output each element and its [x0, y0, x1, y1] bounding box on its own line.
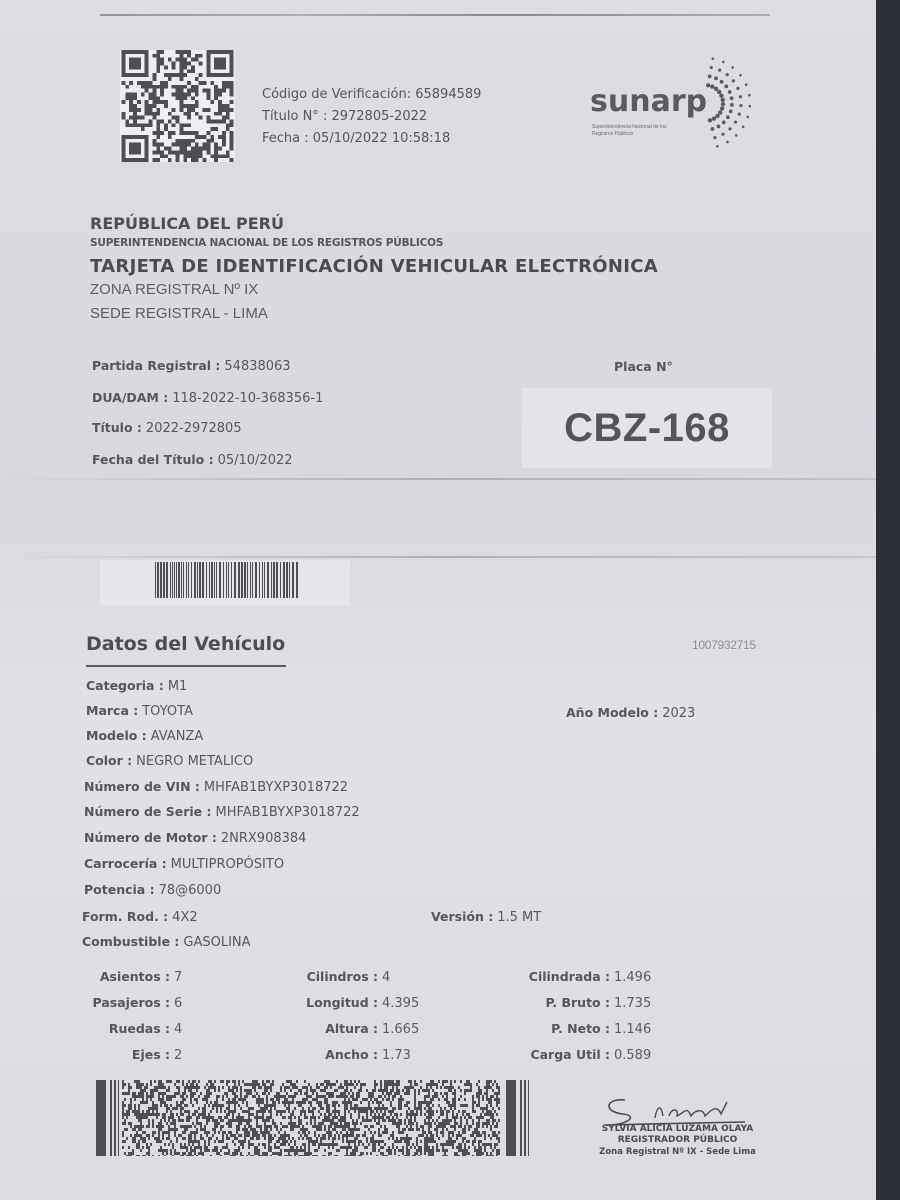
issue-date: Fecha : 05/10/2022 10:58:18	[262, 128, 481, 150]
spec-field: Cilindros :4	[238, 969, 390, 985]
registrar-name: SYLVIA ALICIA LUZAMA OLAYA	[585, 1124, 770, 1134]
vehicle-field: Modelo :AVANZA	[86, 728, 203, 744]
pdf417-barcode-icon	[96, 1080, 534, 1156]
agency-title: SUPERINTENDENCIA NACIONAL DE LOS REGISTR…	[90, 237, 443, 249]
sun-rays-icon	[685, 48, 785, 148]
spec-field: Carga Util :0.589	[470, 1047, 651, 1063]
vehicle-field: Número de Motor :2NRX908384	[84, 830, 306, 846]
registrar-zone: Zona Registral Nº IX - Sede Lima	[585, 1147, 770, 1157]
verification-code: Código de Verificación: 65894589	[262, 84, 481, 106]
sunarp-logo: sunarp Superintendencia Nacional de los …	[590, 48, 790, 148]
version-field: Versión :1.5 MT	[431, 909, 541, 925]
fold-line	[0, 478, 876, 480]
logo-subtitle: Superintendencia Nacional de los Registr…	[592, 124, 682, 138]
spec-field: Cilindrada :1.496	[470, 969, 651, 985]
model-year-field: Año Modelo :2023	[566, 705, 695, 721]
vehicle-field: Combustible :GASOLINA	[82, 934, 251, 950]
vehicle-field: Form. Rod. :4X2	[82, 909, 198, 925]
spec-field: P. Bruto :1.735	[470, 995, 651, 1011]
country-title: REPÚBLICA DEL PERÚ	[90, 214, 284, 233]
title-number: Título N° : 2972805-2022	[262, 106, 481, 128]
spec-field: Longitud :4.395	[238, 995, 419, 1011]
barcode-icon	[155, 562, 300, 598]
plate-box: CBZ-168	[522, 388, 772, 468]
spec-field: Ruedas :4	[30, 1021, 182, 1037]
barcode-area	[100, 560, 350, 605]
section-underline	[86, 665, 286, 667]
registry-office: SEDE REGISTRAL - LIMA	[90, 305, 268, 322]
vehicle-field: Número de Serie :MHFAB1BYXP3018722	[84, 804, 360, 820]
vehicle-section-title: Datos del Vehículo	[86, 633, 285, 655]
qr-code-icon	[120, 50, 235, 162]
spec-field: Pasajeros :6	[30, 995, 182, 1011]
spec-field: P. Neto :1.146	[470, 1021, 651, 1037]
spec-field: Altura :1.665	[238, 1021, 419, 1037]
partida-field: Partida Registral :54838063	[92, 358, 291, 374]
fecha-titulo-field: Fecha del Título :05/10/2022	[92, 452, 293, 468]
registrar-signature: SYLVIA ALICIA LUZAMA OLAYA REGISTRADOR P…	[585, 1092, 775, 1172]
dua-field: DUA/DAM :118-2022-10-368356-1	[92, 390, 323, 406]
spec-field: Asientos :7	[30, 969, 182, 985]
registrar-role: REGISTRADOR PÚBLICO	[585, 1135, 770, 1145]
plate-number: CBZ-168	[564, 406, 730, 451]
vehicle-field: Marca :TOYOTA	[86, 703, 193, 719]
vehicle-field: Categoria :M1	[86, 678, 187, 694]
registry-zone: ZONA REGISTRAL Nº IX	[90, 281, 258, 298]
titulo-field: Título :2022-2972805	[92, 420, 242, 436]
vehicle-field: Potencia :78@6000	[84, 882, 221, 898]
document-serial: 1007932715	[692, 638, 756, 652]
vehicle-field: Color :NEGRO METALICO	[86, 753, 253, 769]
document-title: TARJETA DE IDENTIFICACIÓN VEHICULAR ELEC…	[90, 256, 658, 277]
top-rule	[100, 14, 770, 16]
verification-block: Código de Verificación: 65894589 Título …	[262, 84, 481, 150]
vehicle-field: Carrocería :MULTIPROPÓSITO	[84, 856, 284, 872]
spec-field: Ancho :1.73	[238, 1047, 411, 1063]
spec-field: Ejes :2	[30, 1047, 182, 1063]
fold-line	[0, 556, 876, 558]
document-sheet: Código de Verificación: 65894589 Título …	[0, 0, 876, 1200]
vehicle-field: Número de VIN :MHFAB1BYXP3018722	[84, 779, 348, 795]
plate-label: Placa N°	[614, 359, 673, 374]
